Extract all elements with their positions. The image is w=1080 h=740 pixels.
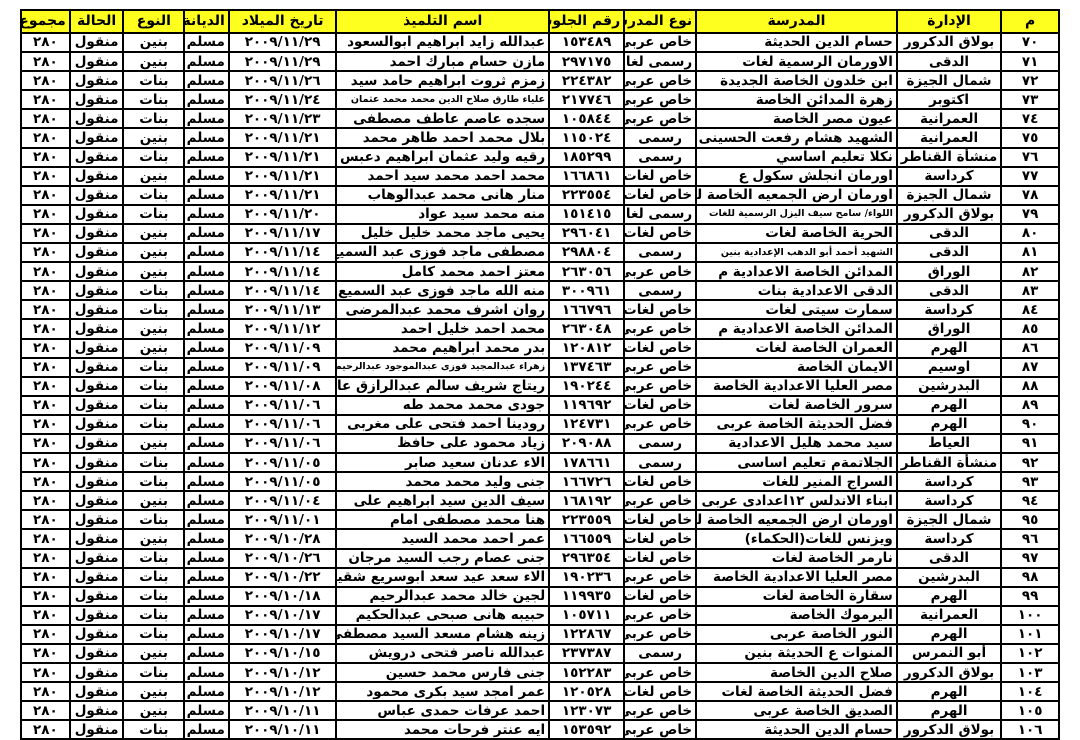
cell-gender: بنات [123,377,184,396]
cell-religion: مسلم [184,701,229,720]
cell-birth-date: ٢٠٠٩/١٠/٢٦ [229,549,336,568]
cell-serial: ٨٤ [1001,300,1059,319]
cell-seat-number: ١٦٦٧٩٦ [549,300,624,319]
cell-administration: اوسيم [897,358,1001,377]
cell-religion: مسلم [184,472,229,491]
cell-serial: ٩٧ [1001,549,1059,568]
cell-birth-date: ٢٠٠٩/١٠/١١ [229,720,336,739]
cell-gender: بنات [123,109,184,128]
table-row: ١٠٢ أبو النمرس المنوات ع الحديثة بنين رس… [21,644,1059,663]
cell-administration: العمرانية [897,109,1001,128]
cell-school-type: خاص لغات [624,472,696,491]
cell-school: صلاح الدين الخاصة [696,663,897,682]
cell-gender: بنات [123,568,184,587]
cell-student-name: ايه عنتر فرحات محمد [336,720,549,739]
cell-school-type: رسمى [624,148,696,167]
cell-student-name: جنى عصام رجب السيد مرجان [336,549,549,568]
cell-total: ٢٨٠ [21,224,70,243]
cell-administration: كرداسة [897,491,1001,510]
cell-status: منقول [70,148,124,167]
cell-school: السراج المنير للغات [696,472,897,491]
cell-total: ٢٨٠ [21,625,70,644]
cell-religion: مسلم [184,549,229,568]
cell-administration: البدرشين [897,377,1001,396]
cell-religion: مسلم [184,568,229,587]
table-row: ١٠٥ الهرم الصديق الخاصة عربى خاص عربى ١٢… [21,701,1059,720]
cell-total: ٢٨٠ [21,109,70,128]
cell-student-name: بلال محمد احمد طاهر محمد [336,128,549,147]
cell-administration: منشأة القناطر [897,148,1001,167]
cell-gender: بنات [123,71,184,90]
cell-birth-date: ٢٠٠٩/١١/٠٩ [229,339,336,358]
cell-seat-number: ٢٩٧١٧٥ [549,52,624,71]
cell-administration: كرداسة [897,167,1001,186]
cell-seat-number: ١١٥٠٢٤ [549,128,624,147]
cell-school: سمارت سيتى لغات [696,300,897,319]
cell-religion: مسلم [184,52,229,71]
cell-student-name: الاء عدنان سعيد صابر [336,453,549,472]
cell-status: منقول [70,587,124,606]
cell-student-name: عبدالله زايد ابراهيم ابوالسعود [336,33,549,52]
cell-school-type: رسمى [624,128,696,147]
cell-school-type: خاص لغات [624,396,696,415]
cell-serial: ٩٩ [1001,587,1059,606]
cell-school: الايمان الخاصة [696,358,897,377]
cell-student-name: علياء طارق صلاح الدين محمد محمد عثمان [336,90,549,109]
cell-school-type: خاص عربى [624,701,696,720]
cell-birth-date: ٢٠٠٩/١٠/١٢ [229,682,336,701]
cell-birth-date: ٢٠٠٩/١٠/١٧ [229,625,336,644]
cell-student-name: سجده عاصم عاطف مصطفى [336,109,549,128]
cell-student-name: جنى وليد محمد محمد [336,472,549,491]
cell-seat-number: ١٥٣٥٩٢ [549,720,624,739]
cell-seat-number: ١٢٤٧٣١ [549,415,624,434]
cell-seat-number: ١١٩٩٣٥ [549,587,624,606]
cell-school: اورمان ارض الجمعيه الخاصة لغات [696,510,897,529]
table-row: ١٠٤ الهرم فضل الحديثة الخاصة لغات خاص لغ… [21,682,1059,701]
cell-seat-number: ١١٩٦٩٢ [549,396,624,415]
cell-birth-date: ٢٠٠٩/١٠/١٥ [229,644,336,663]
cell-gender: بنات [123,472,184,491]
cell-gender: بنين [123,644,184,663]
cell-serial: ١٠٣ [1001,663,1059,682]
cell-school: مصر العليا الاعدادية الخاصة [696,377,897,396]
cell-seat-number: ٢٢٣٥٥٤ [549,186,624,205]
cell-school-type: خاص عربى [624,491,696,510]
cell-seat-number: ٢٣٧٣٨٧ [549,644,624,663]
cell-serial: ٧١ [1001,52,1059,71]
table-row: ١٠٦ بولاق الدكرور حسام الدين الحديثة خاص… [21,720,1059,739]
table-row: ٩٢ منشأة القناطر الجلاتمةم تعليم اساسى ر… [21,453,1059,472]
cell-seat-number: ٢٢٣٥٥٩ [549,510,624,529]
cell-administration: الهرم [897,625,1001,644]
cell-total: ٢٨٠ [21,644,70,663]
cell-status: منقول [70,224,124,243]
cell-gender: بنات [123,663,184,682]
cell-total: ٢٨٠ [21,415,70,434]
cell-school: المدائن الخاصة الاعدادية م [696,262,897,281]
cell-seat-number: ١٥١٤١٥ [549,205,624,224]
cell-religion: مسلم [184,415,229,434]
cell-status: منقول [70,52,124,71]
cell-student-name: رودينا احمد فتحى على مغربى [336,415,549,434]
cell-gender: بنات [123,300,184,319]
cell-religion: مسلم [184,625,229,644]
cell-status: منقول [70,415,124,434]
cell-serial: ١٠٢ [1001,644,1059,663]
cell-school: النور الخاصة عربى [696,625,897,644]
cell-student-name: حبيبه هانى صبحى عبدالحكيم [336,606,549,625]
cell-birth-date: ٢٠٠٩/١٠/١٨ [229,587,336,606]
cell-student-name: جنى فارس محمد حسين [336,663,549,682]
header-seat-number: رقم الجلوس [549,10,624,33]
cell-serial: ٩٠ [1001,415,1059,434]
cell-serial: ٨٧ [1001,358,1059,377]
cell-birth-date: ٢٠٠٩/١١/٠٦ [229,415,336,434]
cell-birth-date: ٢٠٠٩/١٠/٢٢ [229,568,336,587]
cell-total: ٢٨٠ [21,52,70,71]
cell-gender: بنين [123,529,184,548]
cell-total: ٢٨٠ [21,90,70,109]
cell-seat-number: ٢٦٣٠٤٨ [549,319,624,338]
cell-student-name: زهراء عبدالمجيد فوزى عبدالموجود عبدالرحي… [336,358,549,377]
cell-serial: ٩٥ [1001,510,1059,529]
cell-school: مصر العليا الاعدادية الخاصة [696,568,897,587]
cell-gender: بنين [123,701,184,720]
cell-birth-date: ٢٠٠٩/١١/٢٤ [229,90,336,109]
cell-school: الحرية الخاصة لغات [696,224,897,243]
table-row: ١٠٣ بولاق الدكرور صلاح الدين الخاصة خاص … [21,663,1059,682]
table-row: ٩٧ الدقى نارمر الخاصة لغات خاص لغات ٢٩٦٣… [21,549,1059,568]
cell-total: ٢٨٠ [21,434,70,453]
cell-administration: الهرم [897,339,1001,358]
cell-administration: كرداسة [897,529,1001,548]
cell-status: منقول [70,434,124,453]
table-row: ٩٠ الهرم فضل الحديثة الخاصة عربى خاص عرب… [21,415,1059,434]
cell-school-type: خاص عربى [624,358,696,377]
cell-birth-date: ٢٠٠٩/١١/٢١ [229,148,336,167]
cell-serial: ٨٠ [1001,224,1059,243]
cell-student-name: عبدالله ناصر فتحى درويش [336,644,549,663]
cell-gender: بنات [123,415,184,434]
cell-seat-number: ١٦٦٨٦١ [549,167,624,186]
cell-serial: ١٠١ [1001,625,1059,644]
cell-administration: شمال الجيزة [897,71,1001,90]
header-birth-date: تاريخ الميلاد [229,10,336,33]
cell-status: منقول [70,625,124,644]
cell-school-type: خاص لغات [624,682,696,701]
cell-administration: الهرم [897,415,1001,434]
cell-status: منقول [70,300,124,319]
cell-school-type: رسمى [624,281,696,300]
cell-gender: بنات [123,148,184,167]
cell-total: ٢٨٠ [21,606,70,625]
cell-religion: مسلم [184,358,229,377]
cell-birth-date: ٢٠٠٩/١١/٢١ [229,186,336,205]
cell-serial: ٨٥ [1001,319,1059,338]
cell-birth-date: ٢٠٠٩/١١/١٧ [229,224,336,243]
cell-administration: الدقى [897,52,1001,71]
cell-gender: بنات [123,453,184,472]
cell-school: اورمان ارض الجمعيه الخاصة لغات [696,186,897,205]
cell-birth-date: ٢٠٠٩/١١/١٣ [229,300,336,319]
cell-total: ٢٨٠ [21,472,70,491]
cell-birth-date: ٢٠٠٩/١٠/١٢ [229,663,336,682]
cell-administration: منشأة القناطر [897,453,1001,472]
cell-religion: مسلم [184,453,229,472]
cell-serial: ٩٣ [1001,472,1059,491]
cell-school-type: خاص عربى [624,319,696,338]
cell-gender: بنات [123,396,184,415]
cell-seat-number: ١٢٠٨١٢ [549,339,624,358]
cell-school-type: خاص لغات [624,339,696,358]
cell-student-name: سيف الدين سيد ابراهيم على [336,491,549,510]
cell-total: ٢٨٠ [21,568,70,587]
cell-status: منقول [70,109,124,128]
cell-school: حسام الدين الحديثة [696,33,897,52]
cell-religion: مسلم [184,243,229,262]
cell-religion: مسلم [184,720,229,739]
cell-birth-date: ٢٠٠٩/١١/٢٩ [229,52,336,71]
cell-school-type: خاص عربى [624,262,696,281]
cell-status: منقول [70,510,124,529]
cell-administration: الدقى [897,549,1001,568]
cell-total: ٢٨٠ [21,453,70,472]
cell-administration: العمرانية [897,606,1001,625]
cell-status: منقول [70,319,124,338]
cell-total: ٢٨٠ [21,319,70,338]
table-row: ٧٠ بولاق الدكرور حسام الدين الحديثة خاص … [21,33,1059,52]
cell-serial: ٩١ [1001,434,1059,453]
table-row: ٩٨ البدرشين مصر العليا الاعدادية الخاصة … [21,568,1059,587]
cell-birth-date: ٢٠٠٩/١١/٠٦ [229,434,336,453]
cell-seat-number: ٢٠٩٠٨٨ [549,434,624,453]
cell-birth-date: ٢٠٠٩/١١/٠٨ [229,377,336,396]
cell-religion: مسلم [184,33,229,52]
cell-seat-number: ١٢٣٠٧٣ [549,701,624,720]
cell-school-type: خاص عربى [624,720,696,739]
cell-student-name: بدر محمد ابراهيم محمد [336,339,549,358]
table-row: ٩٩ الهرم سقارة الخاصة لغات خاص لغات ١١٩٩… [21,587,1059,606]
cell-religion: مسلم [184,300,229,319]
cell-administration: أبو النمرس [897,644,1001,663]
cell-gender: بنات [123,358,184,377]
cell-gender: بنين [123,262,184,281]
cell-gender: بنين [123,128,184,147]
cell-school-type: رسمى [624,453,696,472]
cell-school-type: خاص عربى [624,377,696,396]
cell-religion: مسلم [184,148,229,167]
cell-seat-number: ١٦٨١٩٢ [549,491,624,510]
cell-serial: ٨١ [1001,243,1059,262]
cell-status: منقول [70,377,124,396]
table-row: ٧٨ شمال الجيزة اورمان ارض الجمعيه الخاصة… [21,186,1059,205]
cell-student-name: روان اشرف محمد عبدالمرضى [336,300,549,319]
cell-birth-date: ٢٠٠٩/١١/٠٥ [229,472,336,491]
cell-school-type: خاص عربى [624,606,696,625]
cell-student-name: عمر احمد محمد السيد [336,529,549,548]
cell-seat-number: ٢٩٦٠٤١ [549,224,624,243]
cell-religion: مسلم [184,90,229,109]
cell-status: منقول [70,663,124,682]
cell-student-name: منه الله ماجد فوزى عبد السميع [336,281,549,300]
cell-school: سيد محمد هليل الاعدادية [696,434,897,453]
cell-serial: ٧٩ [1001,205,1059,224]
cell-religion: مسلم [184,434,229,453]
cell-student-name: مازن حسام مبارك احمد [336,52,549,71]
cell-school: اليرموك الخاصة [696,606,897,625]
cell-school-type: رسمى [624,243,696,262]
cell-gender: بنين [123,52,184,71]
cell-serial: ٨٣ [1001,281,1059,300]
cell-seat-number: ١٩٠٢٤٤ [549,377,624,396]
header-school-type: نوع المدرسة [624,10,696,33]
cell-student-name: رقيه وليد عثمان ابراهيم دعبس [336,148,549,167]
cell-seat-number: ١٦٦٧٢٦ [549,472,624,491]
header-religion: الديانة [184,10,229,33]
cell-school: الدقى الاعدادية بنات [696,281,897,300]
cell-religion: مسلم [184,606,229,625]
cell-religion: مسلم [184,186,229,205]
cell-serial: ٩٢ [1001,453,1059,472]
cell-student-name: يحيى ماجد محمد خليل خليل [336,224,549,243]
cell-birth-date: ٢٠٠٩/١١/٠٦ [229,396,336,415]
cell-total: ٢٨٠ [21,205,70,224]
cell-total: ٢٨٠ [21,262,70,281]
table-header-row: م الإدارة المدرسة نوع المدرسة رقم الجلوس… [21,10,1059,33]
table-row: ٧٢ شمال الجيزة ابن خلدون الخاصة الجديدة … [21,71,1059,90]
cell-student-name: زمزم ثروت ابراهيم حامد سيد [336,71,549,90]
cell-gender: بنين [123,224,184,243]
cell-serial: ٩٨ [1001,568,1059,587]
cell-birth-date: ٢٠٠٩/١١/٢٩ [229,33,336,52]
cell-student-name: هنا محمد مصطفى امام [336,510,549,529]
cell-administration: شمال الجيزة [897,186,1001,205]
cell-student-name: زياد محمود على حافظ [336,434,549,453]
cell-total: ٢٨٠ [21,663,70,682]
cell-gender: بنات [123,90,184,109]
cell-school-type: رسمى [624,434,696,453]
cell-total: ٢٨٠ [21,396,70,415]
cell-gender: بنات [123,281,184,300]
cell-status: منقول [70,529,124,548]
cell-birth-date: ٢٠٠٩/١١/٠١ [229,510,336,529]
cell-student-name: عمر امجد سيد بكرى محمود [336,682,549,701]
cell-religion: مسلم [184,319,229,338]
cell-gender: بنين [123,167,184,186]
cell-total: ٢٨٠ [21,148,70,167]
cell-birth-date: ٢٠٠٩/١١/٢٠ [229,205,336,224]
cell-school: نكلا تعليم اساسي [696,148,897,167]
table-row: ٨٣ الدقى الدقى الاعدادية بنات رسمى ٣٠٠٩٦… [21,281,1059,300]
cell-school: المنوات ع الحديثة بنين [696,644,897,663]
cell-school: نارمر الخاصة لغات [696,549,897,568]
cell-administration: اكتوبر [897,90,1001,109]
cell-total: ٢٨٠ [21,529,70,548]
cell-religion: مسلم [184,529,229,548]
cell-birth-date: ٢٠٠٩/١٠/٢٨ [229,529,336,548]
cell-total: ٢٨٠ [21,587,70,606]
cell-birth-date: ٢٠٠٩/١١/٢٣ [229,109,336,128]
header-total: مجموع [21,10,70,33]
cell-seat-number: ١٦٦٥٥٩ [549,529,624,548]
cell-status: منقول [70,549,124,568]
table-body: ٧٠ بولاق الدكرور حسام الدين الحديثة خاص … [21,33,1059,739]
cell-administration: الوراق [897,319,1001,338]
cell-serial: ٧٠ [1001,33,1059,52]
cell-serial: ٧٦ [1001,148,1059,167]
cell-serial: ٩٦ [1001,529,1059,548]
cell-seat-number: ١٥٢٢٨٣ [549,663,624,682]
cell-gender: بنين [123,434,184,453]
cell-total: ٢٨٠ [21,701,70,720]
cell-school-type: خاص لغات [624,587,696,606]
cell-school: سقارة الخاصة لغات [696,587,897,606]
cell-seat-number: ١٨٥٢٩٩ [549,148,624,167]
cell-seat-number: ٣٠٠٩٦١ [549,281,624,300]
cell-serial: ٧٤ [1001,109,1059,128]
cell-status: منقول [70,453,124,472]
cell-school-type: خاص لغات [624,300,696,319]
cell-serial: ٩٤ [1001,491,1059,510]
cell-total: ٢٨٠ [21,510,70,529]
cell-school-type: خاص عربى [624,71,696,90]
table-row: ٨٧ اوسيم الايمان الخاصة خاص عربى ١٣٧٤٦٣ … [21,358,1059,377]
cell-gender: بنات [123,720,184,739]
cell-seat-number: ٢٢٤٣٨٢ [549,71,624,90]
cell-status: منقول [70,396,124,415]
table-row: ٧٣ اكتوبر زهرة المدائن الخاصة خاص عربى ٢… [21,90,1059,109]
cell-status: منقول [70,71,124,90]
cell-total: ٢٨٠ [21,71,70,90]
table-row: ٩١ العياط سيد محمد هليل الاعدادية رسمى ٢… [21,434,1059,453]
cell-school: اللواء/ سامح سيف اليزل الرسمية للغات [696,205,897,224]
table-row: ٨٨ البدرشين مصر العليا الاعدادية الخاصة … [21,377,1059,396]
table-row: ١٠٠ العمرانية اليرموك الخاصة خاص عربى ١٠… [21,606,1059,625]
cell-administration: الهرم [897,682,1001,701]
cell-school-type: خاص عربى [624,415,696,434]
cell-school-type: رسمى [624,644,696,663]
cell-school: الجلاتمةم تعليم اساسى [696,453,897,472]
table-row: ٨٦ الهرم العمران الخاصة لغات خاص لغات ١٢… [21,339,1059,358]
table-row: ٨١ الدقى الشهيد أحمد أبو الدهب الإعدادية… [21,243,1059,262]
cell-school: فضل الحديثة الخاصة عربى [696,415,897,434]
cell-birth-date: ٢٠٠٩/١١/٢١ [229,167,336,186]
cell-school: عيون مصر الخاصة [696,109,897,128]
cell-religion: مسلم [184,682,229,701]
cell-school-type: خاص لغات [624,529,696,548]
cell-status: منقول [70,205,124,224]
header-administration: الإدارة [897,10,1001,33]
cell-religion: مسلم [184,128,229,147]
cell-school-type: رسمى لغات [624,205,696,224]
cell-total: ٢٨٠ [21,300,70,319]
cell-school-type: خاص لغات [624,510,696,529]
cell-serial: ٧٢ [1001,71,1059,90]
cell-serial: ١٠٥ [1001,701,1059,720]
cell-serial: ٨٨ [1001,377,1059,396]
cell-administration: الوراق [897,262,1001,281]
cell-religion: مسلم [184,262,229,281]
cell-gender: بنات [123,510,184,529]
cell-serial: ١٠٤ [1001,682,1059,701]
cell-total: ٢٨٠ [21,682,70,701]
cell-religion: مسلم [184,644,229,663]
table-row: ٩٤ كرداسة ابناء الاندلس ١٢اعدادى عربى خا… [21,491,1059,510]
cell-school-type: رسمى لغات [624,52,696,71]
cell-school: الاورمان الرسمية لغات [696,52,897,71]
cell-school: اورمان انجلش سكول ع [696,167,897,186]
